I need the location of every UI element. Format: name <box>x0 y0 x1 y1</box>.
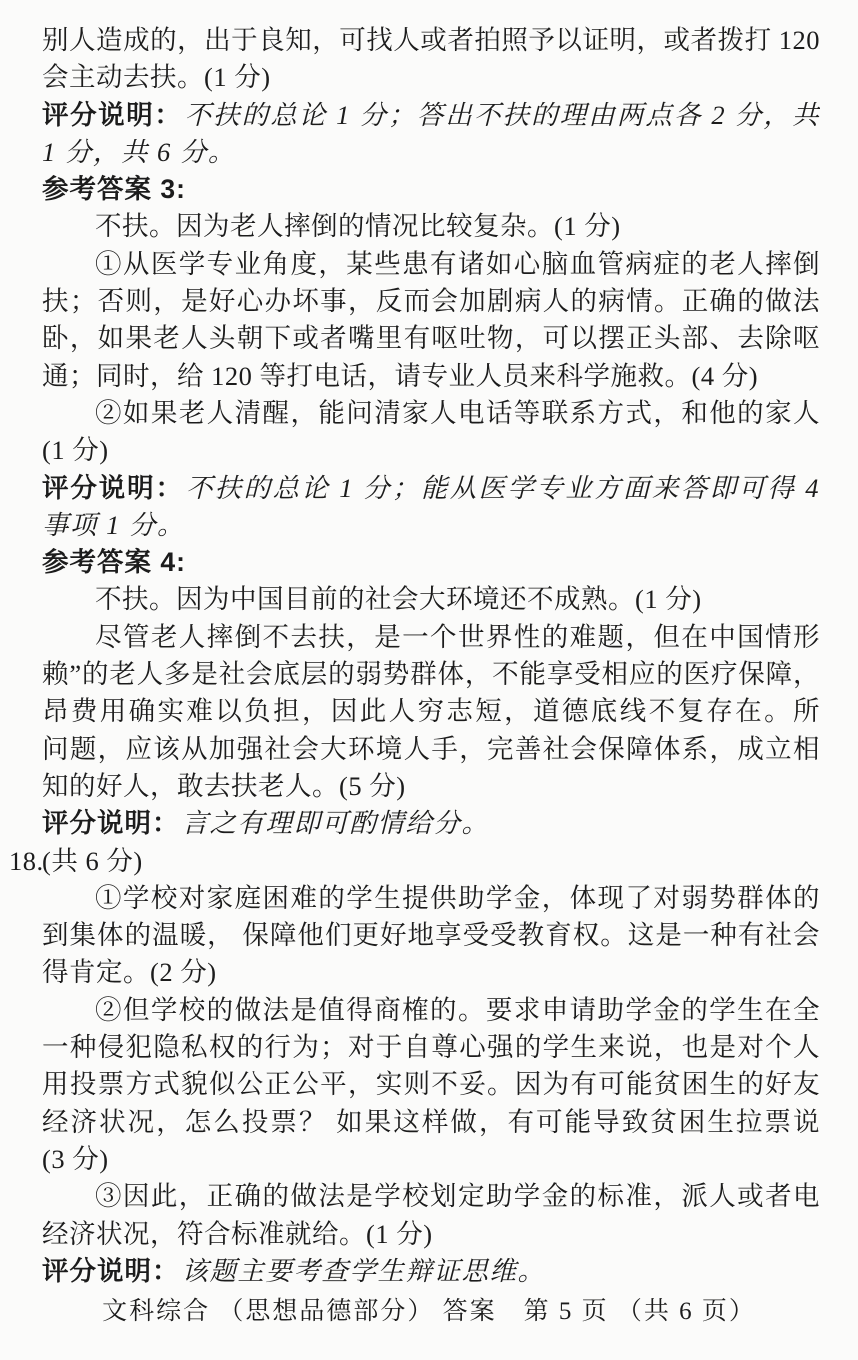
question-line: 18.(共 6 分) <box>9 843 820 880</box>
score-note-label: 评分说明： <box>42 1256 182 1286</box>
text-line: (3 分) <box>42 1141 820 1178</box>
line-text: 一种侵犯隐私权的行为；对于自尊心强的学生来说，也是对个人尊严的冒犯。同时，采 <box>42 1032 820 1066</box>
score-note-label: 评分说明： <box>42 473 186 503</box>
score-note-line: 1 分，共 6 分。 <box>42 134 820 171</box>
line-text: ③因此，正确的做法是学校划定助学金的标准，派人或者电话了解贫困生的家庭 <box>42 1181 820 1215</box>
line-text: 别人造成的，出于良知，可找人或者拍照予以证明，或者拨打 120 或报警等。总之，… <box>42 25 820 59</box>
text-line: 得肯定。(2 分) <box>42 954 820 991</box>
line-text: 该题主要考查学生辩证思维。 <box>182 1256 546 1286</box>
line-text: 扶；否则，是好心办坏事，反而会加剧病人的病情。正确的做法应该是让老人不动静 <box>42 286 820 320</box>
text-line: 问题，应该从加强社会大环境人手，完善社会保障体系，成立相应的基金会，使出于良 <box>42 731 820 768</box>
line-text: ①学校对家庭困难的学生提供助学金，体现了对弱势群体的关爱，让他们感受 <box>42 883 820 917</box>
text-line: 通；同时，给 120 等打电话，请专业人员来科学施救。(4 分) <box>42 358 820 395</box>
text-line: ①从医学专业角度，某些患有诸如心脑血管病症的老人摔倒后，的确不宜马上去 <box>42 246 820 283</box>
line-text: ①从医学专业角度，某些患有诸如心脑血管病症的老人摔倒后，的确不宜马上去 <box>42 249 820 283</box>
line-text: 用投票方式貌似公正公平，实则不妥。因为有可能贫困生的好友都未必了解他的家庭 <box>42 1069 820 1103</box>
footer-text: 文科综合 （思想品德部分） 答案 第 5 页 （共 6 页） <box>102 1298 756 1325</box>
line-text: 尽管老人摔倒不去扶，是一个世界性的难题，但在中国情形更为复杂。因为，“诬 <box>42 622 820 656</box>
line-text: 赖”的老人多是社会底层的弱势群体，不能享受相应的医疗保障，现在无良医院的高 <box>42 659 820 693</box>
text-line: 赖”的老人多是社会底层的弱势群体，不能享受相应的医疗保障，现在无良医院的高 <box>42 656 820 693</box>
text-line: 一种侵犯隐私权的行为；对于自尊心强的学生来说，也是对个人尊严的冒犯。同时，采 <box>42 1029 820 1066</box>
line-text: 知的好人，敢去扶老人。(5 分) <box>42 771 406 801</box>
text-line: ①学校对家庭困难的学生提供助学金，体现了对弱势群体的关爱，让他们感受 <box>42 880 820 917</box>
line-text: ②如果老人清醒，能问清家人电话等联系方式，和他的家人联系上是最好的办法。 <box>42 398 820 432</box>
line-text: 1 分，共 6 分。 <box>42 137 236 167</box>
page-footer: 文科综合 （思想品德部分） 答案 第 5 页 （共 6 页） <box>0 1291 858 1327</box>
text-line: 别人造成的，出于良知，可找人或者拍照予以证明，或者拨打 120 或报警等。总之，… <box>42 22 820 59</box>
score-note-line: 事项 1 分。 <box>42 507 820 544</box>
line-text: 不扶。因为老人摔倒的情况比较复杂。(1 分) <box>95 211 621 241</box>
text-line: (1 分) <box>42 432 820 469</box>
document-body: 别人造成的，出于良知，可找人或者拍照予以证明，或者拨打 120 或报警等。总之，… <box>42 22 820 1290</box>
score-note-line: 评分说明：该题主要考查学生辩证思维。 <box>42 1253 820 1290</box>
score-note-line: 评分说明：言之有理即可酌情给分。 <box>42 805 820 842</box>
answer-heading: 参考答案 4: <box>42 544 820 581</box>
line-text: (1 分) <box>42 435 109 465</box>
text-line: 扶；否则，是好心办坏事，反而会加剧病人的病情。正确的做法应该是让老人不动静 <box>42 283 820 320</box>
line-text: 言之有理即可酌情给分。 <box>182 808 490 838</box>
score-note-label: 评分说明： <box>42 808 182 838</box>
line-text: 事项 1 分。 <box>42 510 185 540</box>
text-line: ②如果老人清醒，能问清家人电话等联系方式，和他的家人联系上是最好的办法。 <box>42 395 820 432</box>
line-text: 得肯定。(2 分) <box>42 957 217 987</box>
text-line: 卧，如果老人头朝下或者嘴里有呕吐物，可以摆正头部、去除呕吐物，保证患者呼吸畅 <box>42 320 820 357</box>
text-line: 经济状况，怎么投票？ 如果这样做，有可能导致贫困生拉票说谎，出现诸多负面现象。 <box>42 1104 820 1141</box>
line-text: 卧，如果老人头朝下或者嘴里有呕吐物，可以摆正头部、去除呕吐物，保证患者呼吸畅 <box>42 323 820 357</box>
text-line: 用投票方式貌似公正公平，实则不妥。因为有可能贫困生的好友都未必了解他的家庭 <box>42 1066 820 1103</box>
line-text: (3 分) <box>42 1144 109 1174</box>
document-page: 别人造成的，出于良知，可找人或者拍照予以证明，或者拨打 120 或报警等。总之，… <box>0 0 858 1360</box>
text-line: 不扶。因为老人摔倒的情况比较复杂。(1 分) <box>42 208 820 245</box>
line-text: (共 6 分) <box>42 846 143 876</box>
text-line: 经济状况，符合标准就给。(1 分) <box>42 1216 820 1253</box>
line-text: 昂费用确实难以负担，因此人穷志短，道德底线不复存在。所以，要解决这个社会焦点 <box>42 696 820 730</box>
line-text: 会主动去扶。(1 分) <box>42 62 271 92</box>
answer-heading: 参考答案 3: <box>42 171 820 208</box>
text-line: ③因此，正确的做法是学校划定助学金的标准，派人或者电话了解贫困生的家庭 <box>42 1178 820 1215</box>
line-text: 通；同时，给 120 等打电话，请专业人员来科学施救。(4 分) <box>42 361 758 391</box>
text-line: ②但学校的做法是值得商榷的。要求申请助学金的学生在全班公开陈述，显然是 <box>42 992 820 1029</box>
question-number: 18. <box>9 843 42 880</box>
line-text: 到集体的温暖， 保障他们更好地享受受教育权。这是一种有社会责任感的行为，值 <box>42 920 820 954</box>
line-text: ②但学校的做法是值得商榷的。要求申请助学金的学生在全班公开陈述，显然是 <box>42 995 820 1029</box>
line-text: 参考答案 4: <box>42 547 186 577</box>
text-line: 不扶。因为中国目前的社会大环境还不成熟。(1 分) <box>42 581 820 618</box>
score-note-line: 评分说明：不扶的总论 1 分；能从医学专业方面来答即可得 4 分；答出救助时的注… <box>42 470 820 507</box>
text-line: 昂费用确实难以负担，因此人穷志短，道德底线不复存在。所以，要解决这个社会焦点 <box>42 693 820 730</box>
text-line: 会主动去扶。(1 分) <box>42 59 820 96</box>
line-text: 不扶。因为中国目前的社会大环境还不成熟。(1 分) <box>95 584 702 614</box>
line-text: 问题，应该从加强社会大环境人手，完善社会保障体系，成立相应的基金会，使出于良 <box>42 734 820 768</box>
score-note-line: 评分说明：不扶的总论 1 分；答出不扶的理由两点各 2 分，共 4 分；写出救助… <box>42 97 820 134</box>
line-text: 经济状况，怎么投票？ 如果这样做，有可能导致贫困生拉票说谎，出现诸多负面现象。 <box>42 1107 820 1141</box>
text-line: 尽管老人摔倒不去扶，是一个世界性的难题，但在中国情形更为复杂。因为，“诬 <box>42 619 820 656</box>
text-line: 知的好人，敢去扶老人。(5 分) <box>42 768 820 805</box>
text-line: 到集体的温暖， 保障他们更好地享受受教育权。这是一种有社会责任感的行为，值 <box>42 917 820 954</box>
line-text: 经济状况，符合标准就给。(1 分) <box>42 1219 433 1249</box>
line-text: 参考答案 3: <box>42 174 186 204</box>
score-note-label: 评分说明： <box>42 100 184 130</box>
